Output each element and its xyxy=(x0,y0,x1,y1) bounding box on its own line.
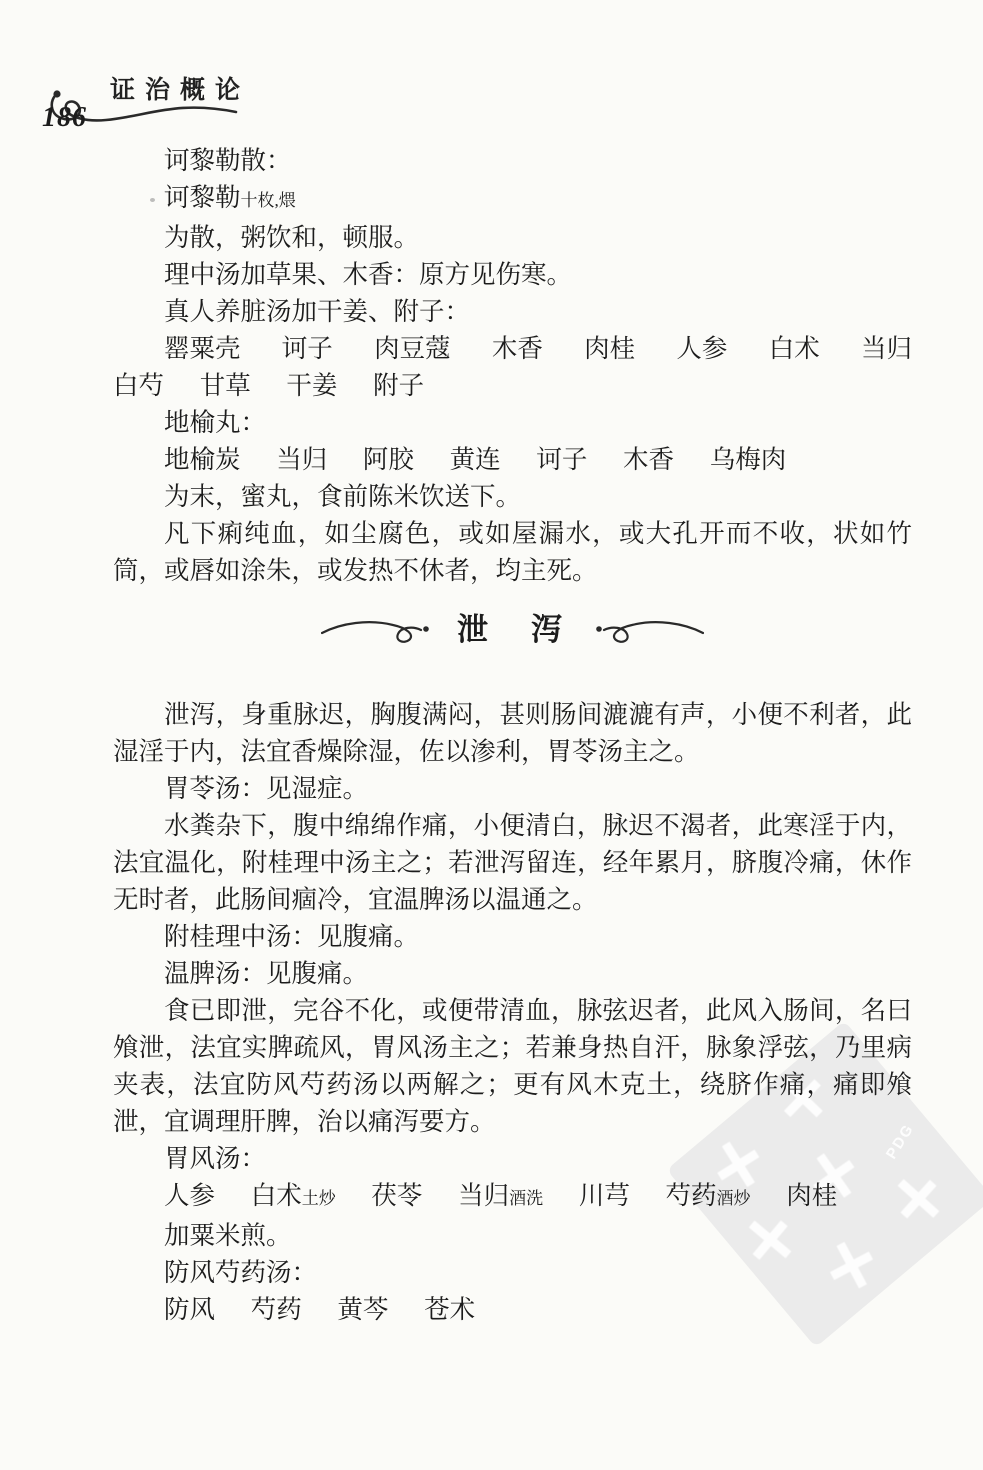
text-line: 为散，粥饮和，顿服。 xyxy=(113,219,912,256)
paragraph: 水粪杂下，腹中绵绵作痛，小便清白，脉迟不渴者，此寒淫于内，法宜温化，附桂理中汤主… xyxy=(113,807,912,918)
flourish-icon xyxy=(321,613,433,647)
prescription-row: 诃黎勒十枚,煨 xyxy=(113,179,912,219)
herb-name: 肉豆蔻 xyxy=(374,330,451,367)
herb-name: 罂粟壳 xyxy=(164,330,241,367)
herb-name: 白芍 xyxy=(113,367,164,404)
text-line: 胃苓汤：见湿症。 xyxy=(113,770,912,807)
prescription-item: 罂粟壳 xyxy=(164,330,241,367)
herb-name: 附子 xyxy=(373,367,424,404)
prescription-item: 诃子 xyxy=(536,441,587,478)
page-number: 186 xyxy=(42,102,87,134)
text-line: 地榆丸： xyxy=(113,404,912,441)
herb-name: 阿胶 xyxy=(363,441,414,478)
text-line: 为末，蜜丸，食前陈米饮送下。 xyxy=(113,478,912,515)
page-body: 诃黎勒散：诃黎勒十枚,煨为散，粥饮和，顿服。理中汤加草果、木香：原方见伤寒。真人… xyxy=(113,142,912,1328)
text-line: 理中汤加草果、木香：原方见伤寒。 xyxy=(113,256,912,293)
prescription-item: 白术 xyxy=(769,330,820,367)
text-line: 诃黎勒散： xyxy=(113,142,912,179)
prescription-row: 防风芍药黄芩苍术 xyxy=(113,1291,912,1328)
flourish-icon-mirrored xyxy=(592,613,704,647)
prescription-item: 川芎 xyxy=(579,1177,630,1214)
prescription-item: 木香 xyxy=(492,330,543,367)
prescription-row: 人参白术土炒茯苓当归酒洗川芎芍药酒炒肉桂 xyxy=(113,1177,912,1217)
herb-name: 人参 xyxy=(164,1177,215,1214)
herb-name: 甘草 xyxy=(200,367,251,404)
herb-name: 川芎 xyxy=(579,1177,630,1214)
herb-note: 酒炒 xyxy=(717,1180,751,1217)
herb-name: 人参 xyxy=(676,330,727,367)
herb-name: 芍药 xyxy=(666,1177,717,1214)
herb-name: 诃黎勒 xyxy=(164,179,241,216)
prescription-item: 人参 xyxy=(164,1177,215,1214)
paragraph: 泄泻，身重脉迟，胸腹满闷，甚则肠间漉漉有声，小便不利者，此湿淫于内，法宜香燥除湿… xyxy=(113,696,912,770)
prescription-item: 黄芩 xyxy=(337,1291,388,1328)
herb-name: 乌梅肉 xyxy=(710,441,787,478)
prescription-item: 苍术 xyxy=(424,1291,475,1328)
text-line: 防风芍药汤： xyxy=(113,1254,912,1291)
herb-name: 诃子 xyxy=(536,441,587,478)
prescription-row: 地榆炭当归阿胶黄连诃子木香乌梅肉 xyxy=(113,441,912,478)
prescription-item: 干姜 xyxy=(286,367,337,404)
prescription-item: 白芍 xyxy=(113,367,164,404)
prescription-row: 白芍甘草干姜附子 xyxy=(113,367,912,404)
prescription-item: 肉桂 xyxy=(584,330,635,367)
text-line: 温脾汤：见腹痛。 xyxy=(113,955,912,992)
prescription-item: 诃黎勒十枚,煨 xyxy=(164,179,296,219)
herb-name: 当归 xyxy=(276,441,327,478)
prescription-item: 茯苓 xyxy=(371,1177,422,1214)
herb-name: 防风 xyxy=(164,1291,215,1328)
herb-name: 白术 xyxy=(769,330,820,367)
herb-note: 酒洗 xyxy=(509,1180,543,1217)
herb-name: 苍术 xyxy=(424,1291,475,1328)
prescription-item: 诃子 xyxy=(282,330,333,367)
herb-note: 土炒 xyxy=(302,1180,336,1217)
prescription-row: 罂粟壳诃子肉豆蔻木香肉桂人参白术当归 xyxy=(113,330,912,367)
prescription-item: 甘草 xyxy=(200,367,251,404)
section-title: 泄 泻 xyxy=(457,611,568,648)
herb-name: 木香 xyxy=(623,441,674,478)
prescription-item: 当归 xyxy=(861,330,912,367)
prescription-item: 防风 xyxy=(164,1291,215,1328)
herb-name: 肉桂 xyxy=(786,1177,837,1214)
prescription-item: 地榆炭 xyxy=(164,441,241,478)
herb-name: 白术 xyxy=(251,1177,302,1214)
prescription-item: 肉桂 xyxy=(786,1177,837,1214)
prescription-item: 肉豆蔻 xyxy=(374,330,451,367)
flourish-icon xyxy=(592,613,704,647)
prescription-item: 乌梅肉 xyxy=(710,441,787,478)
prescription-item: 白术土炒 xyxy=(251,1177,336,1217)
prescription-item: 附子 xyxy=(373,367,424,404)
herb-name: 木香 xyxy=(492,330,543,367)
herb-name: 地榆炭 xyxy=(164,441,241,478)
text-line: 胃风汤： xyxy=(113,1140,912,1177)
herb-name: 当归 xyxy=(458,1177,509,1214)
herb-name: 茯苓 xyxy=(371,1177,422,1214)
text-line: 附桂理中汤：见腹痛。 xyxy=(113,918,912,955)
paragraph: 食已即泄，完谷不化，或便带清血，脉弦迟者，此风入肠间，名曰飧泄，法宜实脾疏风，胃… xyxy=(113,992,912,1140)
prescription-item: 黄连 xyxy=(450,441,501,478)
herb-name: 诃子 xyxy=(282,330,333,367)
herb-name: 肉桂 xyxy=(584,330,635,367)
prescription-item: 芍药 xyxy=(251,1291,302,1328)
herb-name: 干姜 xyxy=(286,367,337,404)
text-line: 真人养脏汤加干姜、附子： xyxy=(113,293,912,330)
text-line: 加粟米煎。 xyxy=(113,1217,912,1254)
prescription-item: 阿胶 xyxy=(363,441,414,478)
prescription-item: 当归 xyxy=(276,441,327,478)
book-page: 证治概论 186 PDG 诃黎勒散：诃黎勒十枚,煨为散，粥饮和，顿服。理中汤加草… xyxy=(0,0,983,1470)
prescription-item: 芍药酒炒 xyxy=(666,1177,751,1217)
herb-name: 黄芩 xyxy=(337,1291,388,1328)
herb-name: 芍药 xyxy=(251,1291,302,1328)
section-heading: 泄 泻 xyxy=(113,611,912,648)
prescription-item: 木香 xyxy=(623,441,674,478)
herb-note: 十枚,煨 xyxy=(241,182,296,219)
herb-name: 当归 xyxy=(861,330,912,367)
prescription-item: 人参 xyxy=(676,330,727,367)
prescription-item: 当归酒洗 xyxy=(458,1177,543,1217)
paragraph: 凡下痢纯血，如尘腐色，或如屋漏水，或大孔开而不收，状如竹筒，或唇如涂朱，或发热不… xyxy=(113,515,912,589)
herb-name: 黄连 xyxy=(450,441,501,478)
